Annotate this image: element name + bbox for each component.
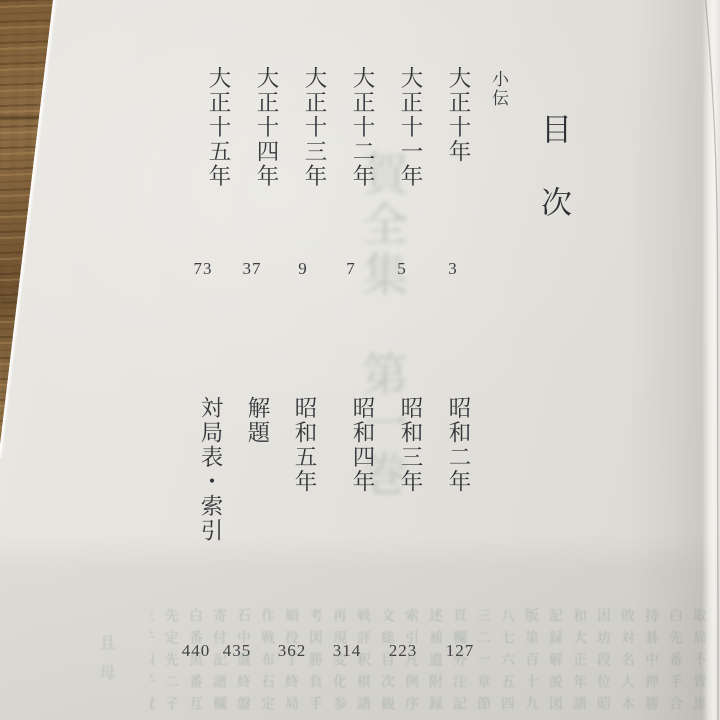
book-page: 賀全集 第一巻 目次 小伝 大正十年 大正十一年 大正十二年 大正十三年 大正十…: [0, 0, 720, 720]
page-number: 3: [448, 259, 458, 279]
page-number: 73: [194, 259, 213, 279]
toc-entry-taisho-10: 大正十年: [442, 66, 474, 164]
toc-entry-taisho-13: 大正十三年: [298, 66, 330, 189]
page-number: 9: [298, 259, 308, 279]
toc-entry-taisho-14: 大正十四年: [250, 66, 282, 189]
page-title: 目次: [531, 113, 576, 259]
toc-entry-game-table-index: 対局表・索引: [194, 396, 226, 543]
page-number: 7: [346, 259, 356, 279]
page-number: 5: [397, 259, 407, 279]
book-photo-scene: 賀全集 第一巻 目次 小伝 大正十年 大正十一年 大正十二年 大正十三年 大正十…: [0, 0, 720, 720]
toc-entry-taisho-11: 大正十一年: [394, 66, 426, 189]
toc-entry-taisho-15: 大正十五年: [202, 66, 234, 189]
toc-entry-showa-4: 昭和四年: [346, 396, 378, 494]
left-bleedthrough-marks: 且母: [94, 634, 117, 694]
toc-entry-taisho-12: 大正十二年: [346, 66, 378, 189]
toc-entry-showa-3: 昭和三年: [394, 396, 426, 494]
page-number: 37: [243, 259, 262, 279]
section-heading: 小伝: [486, 70, 511, 108]
toc-entry-kaidai: 解題: [241, 396, 273, 445]
toc-entry-showa-5: 昭和五年: [288, 396, 320, 494]
bottom-bleedthrough-text: 取局不置黒白先番手合持碁中押勝敗対名人本因坊段位昭和大正年譜記録解説図版第百十九…: [150, 608, 710, 720]
toc-entry-showa-2: 昭和二年: [442, 396, 474, 494]
